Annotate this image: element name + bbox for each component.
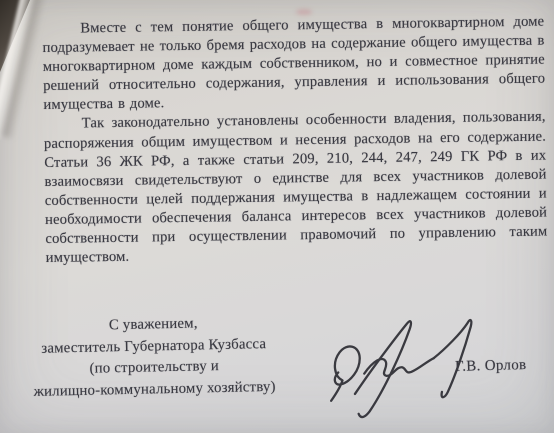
letter-paragraph: Вместе с тем понятие общего имущества в … [42, 13, 545, 116]
signer-title-line: жилищно-коммунальному хозяйству) [30, 376, 278, 403]
signer-name: Г.В. Орлов [455, 357, 527, 376]
photo-artifact-smudge [296, 9, 312, 15]
letter-paragraph: Так законодательно установлены особеннос… [44, 108, 548, 268]
letter-photo: Вместе с тем понятие общего имущества в … [0, 0, 554, 433]
signature-block: С уважением, заместитель Губернатора Куз… [29, 312, 279, 403]
letter-body: Вместе с тем понятие общего имущества в … [42, 13, 548, 269]
